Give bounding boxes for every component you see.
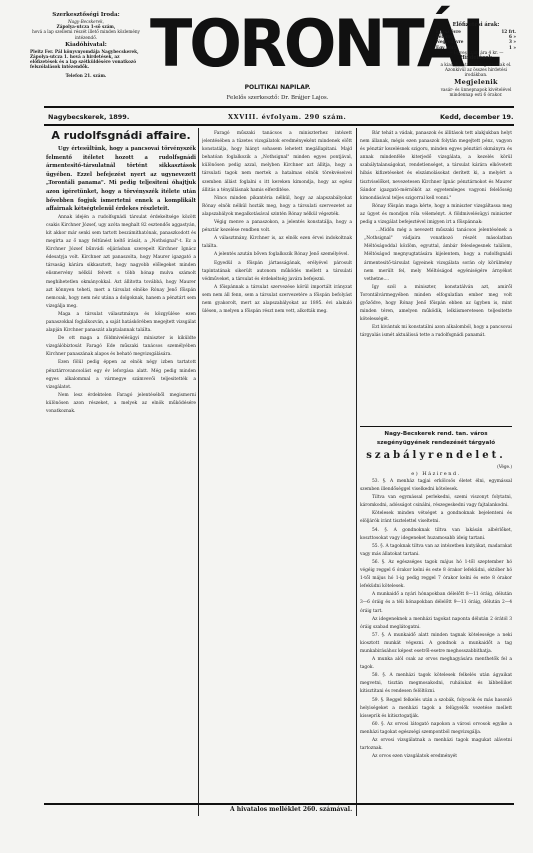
- masthead-subtitle: POLITIKAI NAPILAP.: [150, 84, 405, 91]
- column-3-regulation: Nagy-Becskerek rend. tan. város szegényü…: [360, 430, 512, 802]
- regulation-rule: Tiltva van egymással perlekedni, szemi v…: [360, 494, 512, 510]
- newspaper-page: Szerkesztőségi Iroda: Nagy-Becskerek, Zá…: [0, 0, 533, 853]
- article-headline: A rudolfsgnádi affaire.: [46, 128, 196, 143]
- regulation-rule: Kötelesek minden vétséget a gondnoknak b…: [360, 510, 512, 526]
- masthead-title: TORONTÁL: [150, 10, 425, 77]
- article-paragraph: De ott maga a földmivelésügyi miniszter …: [46, 335, 196, 359]
- regulation-rule: 60. §. Az orvosi látogató napokon a váro…: [360, 721, 512, 737]
- phone-number: Telefon 21. szám.: [30, 73, 142, 78]
- ads-heading: Hirdetések: [436, 55, 516, 62]
- appears-note: vasár- és ünnepnapok kivételével mindenn…: [436, 87, 516, 97]
- masthead-editor: Felelős szerkesztő: Dr. Brájjer Lajos.: [150, 95, 405, 101]
- appears-heading: Megjelenik: [436, 78, 516, 87]
- regulation-rule: 57. §. A munkaidő alatt minden tagnak kö…: [360, 632, 512, 656]
- regulation-title: szabályrendelet.: [360, 448, 512, 464]
- regulation-rule: Az idegeneknek a menházi tagokat naponta…: [360, 616, 512, 632]
- regulation-rule: A munkaidő a nyári hónapokban délelőtt 8…: [360, 591, 512, 615]
- subscription-box: Előfizetési árak: Egész évre12 frt. Félé…: [436, 22, 516, 97]
- publisher-heading: Kiadóhivatal:: [30, 42, 142, 49]
- column-1: A rudolfsgnádi affaire. Ugy értesültünk,…: [46, 128, 196, 800]
- article-paragraph: Annak idején a rudolfsgnádi társulat érd…: [46, 214, 196, 311]
- ads-note: a kiadóhivatalban fogadtatnak el. Azonkí…: [436, 62, 516, 78]
- publisher-note: Pleitz Fer. Pál könyvnyomdája Nagybecske…: [30, 49, 142, 70]
- regulation-rule: Az orvos ezen vizsgálatok eredményét: [360, 753, 512, 761]
- article-paragraph: Ezt kivántuk mi konstatálni azon alkalom…: [360, 324, 512, 340]
- regulation-rule: 55. §. A tagoknak tiltva van az intézetb…: [360, 543, 512, 559]
- dateline-day: Kedd, december 19.: [440, 113, 514, 121]
- article-paragraph: A választmány, Kirchner is, az elnök eze…: [202, 235, 352, 251]
- article-paragraph: Nem lesz érdektelen Faragó jelentéséből …: [46, 392, 196, 416]
- dateline-volume: XXVIII. évfolyam. 290 szám.: [228, 113, 346, 121]
- dateline-rule: [44, 124, 514, 126]
- masthead-rule: [44, 106, 514, 108]
- column-3-article: Bár tehát a vádak, panaszok és állitások…: [360, 130, 512, 430]
- column-divider: [198, 128, 199, 816]
- dateline-place-year: Nagybecskerek, 1899.: [48, 113, 129, 121]
- bottom-rule: [44, 803, 514, 805]
- column-2: Faragó műszaki tanácsos a miniszterhez i…: [202, 130, 352, 800]
- article-paragraph: Ezen fölül pedig éppen az elnök négy izb…: [46, 359, 196, 391]
- article-paragraph: Nincs minden pikantéria nélkül, hogy az …: [202, 195, 352, 219]
- regulation-rule: 53. §. A menház tagjai erkölcsös életet …: [360, 478, 512, 494]
- quoted-paragraph: ...Midőn még a nevezett műszaki tanácsos…: [360, 227, 512, 284]
- regulation-rule: Az orvosi vizsgálatnak a menházi tagok m…: [360, 737, 512, 753]
- article-paragraph: Végig menve a panaszokon, a jelentés kon…: [202, 219, 352, 235]
- editorial-office-heading: Szerkesztőségi Iroda:: [30, 12, 142, 19]
- article-paragraph: Egyedül a főispán jártasságának, erélyév…: [202, 260, 352, 284]
- article-paragraph: Igy szól a miniszter, konstatálván azt, …: [360, 284, 512, 324]
- regulation-rule: 58. §. A menházi tagok kötelesek felkelé…: [360, 672, 512, 696]
- article-paragraph: A főispánnak a társulat szervezése körül…: [202, 284, 352, 316]
- article-paragraph: Maga a társulat választmánya és közgyülé…: [46, 311, 196, 335]
- article-paragraph: A jelentés azután bőven foglalkozik Róna…: [202, 251, 352, 259]
- editorial-office-box: Szerkesztőségi Iroda: Nagy-Becskerek, Zá…: [30, 10, 142, 78]
- article-paragraph: Rónay főispán maga kérte, hogy a miniszt…: [360, 203, 512, 227]
- article-paragraph: Bár tehát a vádak, panaszok és állitások…: [360, 130, 512, 203]
- regulation-subsection: e) Házirend.: [360, 470, 512, 478]
- article-paragraph: Faragó műszaki tanácsos a miniszterhez i…: [202, 130, 352, 195]
- footer-note: A hivatalos melléklet 260. számával.: [230, 806, 352, 813]
- subscription-heading: Előfizetési árak:: [436, 22, 516, 29]
- regulation-rule: 54. §. A gondnoknak tiltva van lakásán a…: [360, 527, 512, 543]
- regulation-rule: A munka alól csak az orvos meghagyására …: [360, 656, 512, 672]
- regulation-rule: 59. §. Reggel felkelés után a szobák, fo…: [360, 697, 512, 721]
- column-divider: [356, 128, 357, 816]
- article-paragraph: Ugy értesültünk, hogy a pancsovai törvén…: [46, 145, 196, 214]
- regulation-heading: Nagy-Becskerek rend. tan. város szegényü…: [360, 430, 512, 448]
- section-rule: [360, 426, 512, 427]
- editorial-office-note: hová a lap szellemi részét illető minden…: [30, 29, 142, 39]
- regulation-rule: 56. §. Az egészséges tagok május hó 1-tő…: [360, 559, 512, 591]
